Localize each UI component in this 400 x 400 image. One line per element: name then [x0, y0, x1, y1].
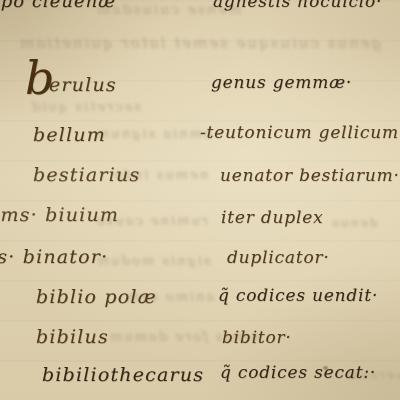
gloss-text: uenator bestiarum· — [220, 166, 400, 186]
gloss-text: -teutonicum gellicum·· — [200, 123, 400, 143]
gloss-text: iter duplex — [221, 208, 323, 228]
lemma-text: ems· biuium — [0, 204, 119, 226]
lemma-text: bestiarius — [33, 164, 140, 186]
gloss-text: bibitor· — [222, 328, 292, 348]
lemma-text: is· binator· — [0, 246, 108, 268]
top-line-left-fragment: ipo cleuenæ — [0, 0, 116, 12]
showthrough-text: signis modum — [95, 254, 211, 269]
gloss-text: q̃ codices uendit· — [218, 286, 378, 306]
gloss-text: duplicator· — [227, 248, 330, 268]
showthrough-text: genus cuiusque semet lator quinetiam — [18, 34, 381, 52]
lemma-text: biblio polæ — [36, 286, 157, 308]
lemma-text: bibilus — [36, 326, 109, 348]
lemma-text: erulus — [49, 74, 117, 96]
ink-speck — [323, 366, 328, 370]
lemma-text: bellum — [33, 124, 106, 146]
showthrough-text: denuo — [330, 216, 377, 230]
lemma-text: bibiliothecarus — [42, 364, 204, 386]
showthrough-text: omnia signum — [95, 127, 212, 142]
top-line-right-fragment: agnestis hocuiclo· — [213, 0, 382, 12]
manuscript-page: mense cuiusdam genus cuiusque semet lato… — [0, 0, 400, 400]
gloss-text: genus gemmæ· — [211, 73, 352, 93]
gloss-text: q̃ codices secat:· — [220, 363, 376, 383]
